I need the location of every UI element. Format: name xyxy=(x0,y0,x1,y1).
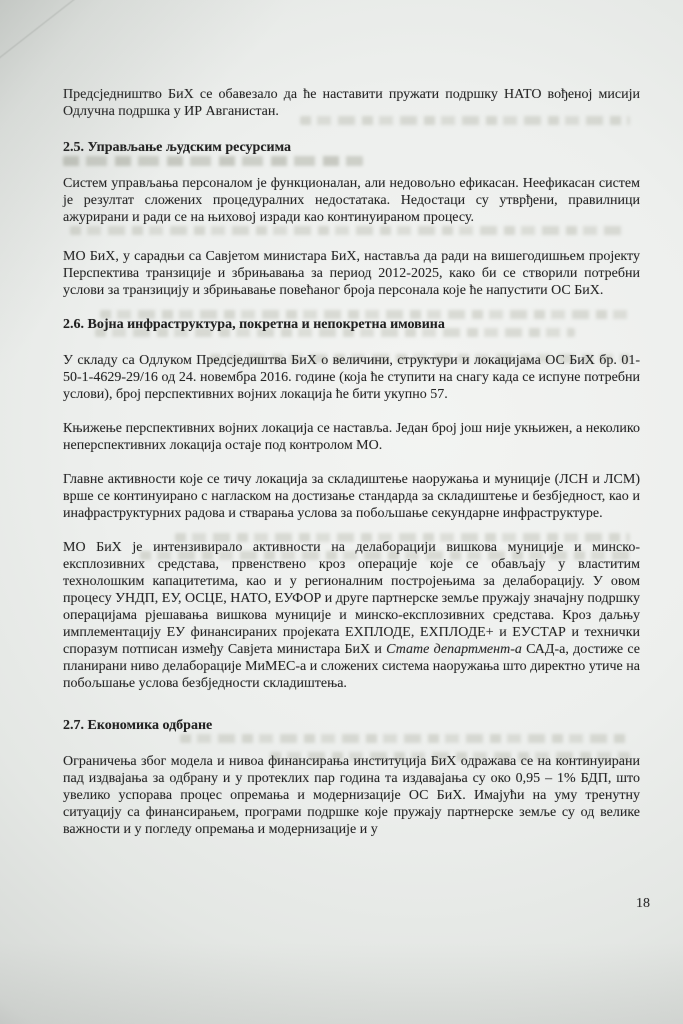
paragraph-demilitarization: МО БиХ је интензивирало активности на де… xyxy=(63,539,640,692)
paragraph-defence-economics: Ограничења због модела и нивоа финансира… xyxy=(63,753,640,838)
paragraph-run: МО БиХ је интензивирало активности на де… xyxy=(63,540,640,657)
page-body-text: Предсједништво БиХ се обавезало да ће на… xyxy=(0,0,683,855)
page-number: 18 xyxy=(636,896,650,912)
paragraph-locations-decision: У складу са Одлуком Предсједиштва БиХ о … xyxy=(63,352,640,403)
paragraph-nato-mission: Предсједништво БиХ се обавезало да ће на… xyxy=(63,86,640,120)
paragraph-registration: Књижење перспективних војних локација се… xyxy=(63,420,640,454)
paragraph-storage-activities: Главне активности које се тичу локација … xyxy=(63,471,640,522)
paragraph-transition-project: МО БиХ, у сарадњи са Савјетом министара … xyxy=(63,248,640,299)
section-heading-2-7: 2.7. Економика одбране xyxy=(63,717,640,734)
document-page-photo: Предсједништво БиХ се обавезало да ће на… xyxy=(0,0,683,1024)
section-heading-2-6: 2.6. Војна инфраструктура, покретна и не… xyxy=(63,316,640,333)
paragraph-run-italic: Стате департмент-а xyxy=(386,642,522,657)
section-heading-2-5: 2.5. Управљање људским ресурсима xyxy=(63,139,640,156)
paragraph-personnel-system: Систем управљања персоналом је функциона… xyxy=(63,175,640,226)
